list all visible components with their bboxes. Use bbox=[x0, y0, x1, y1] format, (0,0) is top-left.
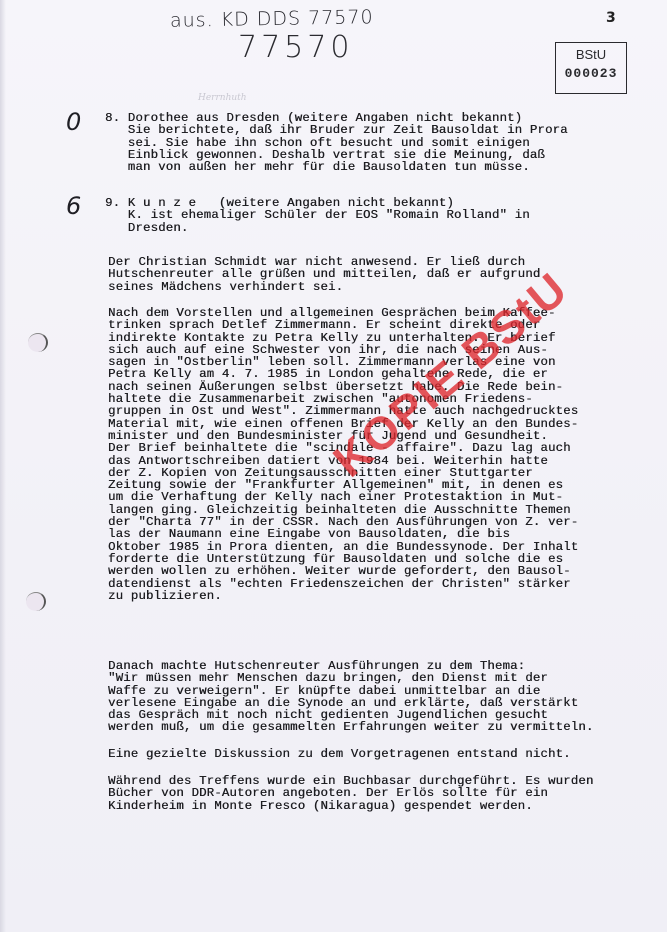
page-left-edge-shadow bbox=[0, 0, 6, 932]
text-line: seines Mädchens verhindert sei. bbox=[108, 281, 540, 293]
text-line: datendienst als "echten Friedenszeichen … bbox=[108, 578, 578, 590]
handwritten-file-reference: aus. KD DDS 77570 bbox=[170, 6, 374, 32]
punch-hole-bottom bbox=[26, 592, 46, 611]
page-number: 3 bbox=[606, 10, 616, 26]
text-line: "Wir müssen mehr Menschen dazu bringen, … bbox=[108, 672, 593, 684]
faint-pencil-mark: Herrnhuth bbox=[198, 93, 247, 103]
text-line: K. ist ehemaliger Schüler der EOS "Romai… bbox=[105, 209, 530, 221]
text-line: Sie berichtete, daß ihr Bruder zur Zeit … bbox=[105, 124, 568, 136]
paragraph-book-bazaar: Während des Treffens wurde ein Buchbasar… bbox=[108, 775, 593, 812]
text-line: um die Verhaftung der Kelly nach einer P… bbox=[108, 491, 578, 503]
text-line: Hutschenreuter alle grüßen und mitteilen… bbox=[108, 268, 540, 280]
text-line: werden muß, um die gesammelten Erfahrung… bbox=[108, 721, 593, 733]
text-line: zu publizieren. bbox=[108, 590, 578, 602]
paragraph-hutschenreuter: Danach machte Hutschenreuter Ausführunge… bbox=[108, 660, 593, 734]
text-line: Bücher von DDR-Autoren angeboten. Der Er… bbox=[108, 787, 593, 799]
text-line: man von außen her mehr für die Bausoldat… bbox=[105, 161, 568, 173]
document-page: aus. KD DDS 77570 77570 3 BStU 000023 He… bbox=[0, 0, 667, 932]
bstu-stamp-label: BStU bbox=[556, 47, 626, 62]
handwritten-margin-mark-item-9: 6 bbox=[66, 192, 81, 220]
stamped-file-number: 77570 bbox=[238, 30, 353, 65]
list-item-9: 9. K u n z e (weitere Angaben nicht beka… bbox=[105, 197, 530, 234]
handwritten-margin-mark-item-8: 0 bbox=[66, 108, 81, 136]
bstu-archive-stamp: BStU 000023 bbox=[555, 42, 627, 94]
text-line: werden wollen zu erhöhen. Weiter wurde g… bbox=[108, 565, 578, 577]
list-item-8: 8. Dorothee aus Dresden (weitere Angaben… bbox=[105, 112, 568, 173]
bstu-stamp-code: 000023 bbox=[556, 66, 626, 81]
text-line: Kinderheim in Monte Fresco (Nikaragua) g… bbox=[108, 800, 593, 812]
text-line: Eine gezielte Diskussion zu dem Vorgetra… bbox=[108, 748, 571, 760]
text-line: las der Naumann eine Eingabe von Bausold… bbox=[108, 528, 578, 540]
text-line: Petra Kelly am 4. 7. 1985 in London geha… bbox=[108, 368, 578, 380]
text-line: gruppen in Ost und West". Zimmermann hat… bbox=[108, 405, 578, 417]
paragraph-discussion: Eine gezielte Diskussion zu dem Vorgetra… bbox=[108, 748, 571, 760]
text-line: Dresden. bbox=[105, 222, 530, 234]
paragraph-absence: Der Christian Schmidt war nicht anwesend… bbox=[108, 256, 540, 293]
punch-hole-top bbox=[28, 333, 48, 352]
